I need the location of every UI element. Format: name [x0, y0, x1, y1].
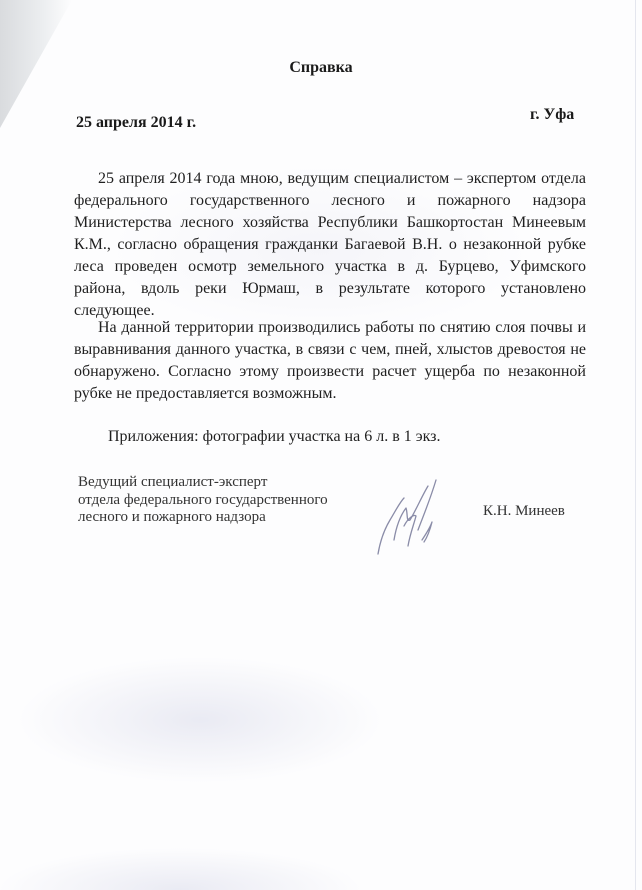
- handwritten-signature-icon: [370, 470, 450, 560]
- document-date: 25 апреля 2014 г.: [76, 114, 196, 132]
- document-title: Справка: [0, 59, 642, 77]
- page-edge: [635, 0, 636, 890]
- signatory-position: Ведущий специалист-эксперт отдела федера…: [78, 474, 328, 527]
- signatory-name: К.Н. Минеев: [483, 503, 565, 520]
- paragraph-1-text: 25 апреля 2014 года мною, ведущим специа…: [74, 168, 586, 322]
- document-page: Справка 25 апреля 2014 г. г. Уфа 25 апре…: [0, 0, 642, 890]
- paragraph-2: На данной территории производились работ…: [74, 317, 586, 405]
- signatory-position-line-1: Ведущий специалист-эксперт: [78, 474, 328, 492]
- document-city: г. Уфа: [530, 106, 574, 124]
- paragraph-1: 25 апреля 2014 года мною, ведущим специа…: [74, 168, 586, 322]
- attachments-note: Приложения: фотографии участка на 6 л. в…: [108, 428, 441, 446]
- signatory-position-line-3: лесного и пожарного надзора: [78, 509, 328, 527]
- signatory-position-line-2: отдела федерального государственного: [78, 492, 328, 510]
- paragraph-2-text: На данной территории производились работ…: [74, 317, 586, 405]
